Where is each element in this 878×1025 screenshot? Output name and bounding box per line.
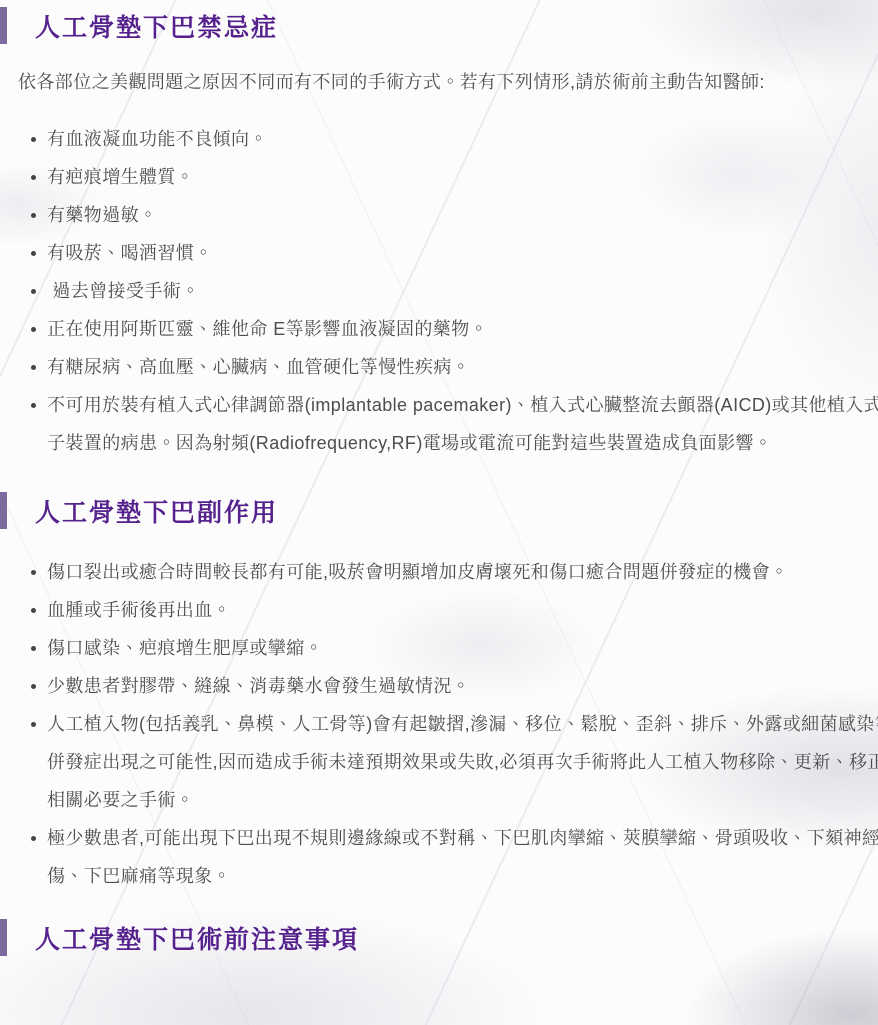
section: 人工骨墊下巴禁忌症依各部位之美觀問題之原因不同而有不同的手術方式。若有下列情形,… (0, 7, 878, 462)
accent-bar (0, 492, 7, 529)
list-item: 傷口裂出或癒合時間較長都有可能,吸菸會明顯增加皮膚壞死和傷口癒合問題併發症的機會… (47, 553, 878, 591)
section-heading: 人工骨墊下巴禁忌症 (0, 7, 878, 44)
list-item: 有血液凝血功能不良傾向。 (47, 120, 878, 158)
list-item: 有吸菸、喝酒習慣。 (47, 234, 878, 272)
section: 人工骨墊下巴術前注意事項 (0, 919, 878, 956)
list-item: 有藥物過敏。 (47, 196, 878, 234)
list-item: 人工植入物(包括義乳、鼻模、人工骨等)會有起皺摺,滲漏、移位、鬆脫、歪斜、排斥、… (47, 705, 878, 819)
bullet-list: 傷口裂出或癒合時間較長都有可能,吸菸會明顯增加皮膚壞死和傷口癒合問題併發症的機會… (18, 553, 878, 895)
list-item: 過去曾接受手術。 (47, 272, 878, 310)
section-heading: 人工骨墊下巴副作用 (0, 492, 878, 529)
article-page: 人工骨墊下巴禁忌症依各部位之美觀問題之原因不同而有不同的手術方式。若有下列情形,… (0, 0, 878, 1025)
section-title: 人工骨墊下巴副作用 (35, 493, 278, 529)
list-item: 傷口感染、疤痕增生肥厚或攣縮。 (47, 629, 878, 667)
list-item: 極少數患者,可能出現下巴出現不規則邊緣線或不對稱、下巴肌肉攣縮、莢膜攣縮、骨頭吸… (47, 819, 878, 895)
accent-bar (0, 919, 7, 956)
article-content: 人工骨墊下巴禁忌症依各部位之美觀問題之原因不同而有不同的手術方式。若有下列情形,… (0, 0, 878, 956)
bullet-list: 有血液凝血功能不良傾向。有疤痕增生體質。有藥物過敏。有吸菸、喝酒習慣。 過去曾接… (18, 120, 878, 462)
accent-bar (0, 7, 7, 44)
section-title: 人工骨墊下巴術前注意事項 (35, 920, 359, 956)
section-title: 人工骨墊下巴禁忌症 (35, 8, 278, 44)
section: 人工骨墊下巴副作用傷口裂出或癒合時間較長都有可能,吸菸會明顯增加皮膚壞死和傷口癒… (0, 492, 878, 895)
section-intro: 依各部位之美觀問題之原因不同而有不同的手術方式。若有下列情形,請於術前主動告知醫… (18, 63, 878, 101)
list-item: 少數患者對膠帶、縫線、消毒藥水會發生過敏情況。 (47, 667, 878, 705)
list-item: 血腫或手術後再出血。 (47, 591, 878, 629)
list-item: 有疤痕增生體質。 (47, 158, 878, 196)
section-heading: 人工骨墊下巴術前注意事項 (0, 919, 878, 956)
list-item: 正在使用阿斯匹靈、維他命 E等影響血液凝固的藥物。 (47, 310, 878, 348)
list-item: 不可用於裝有植入式心律調節器(implantable pacemaker)、植入… (47, 386, 878, 462)
list-item: 有糖尿病、高血壓、心臟病、血管硬化等慢性疾病。 (47, 348, 878, 386)
